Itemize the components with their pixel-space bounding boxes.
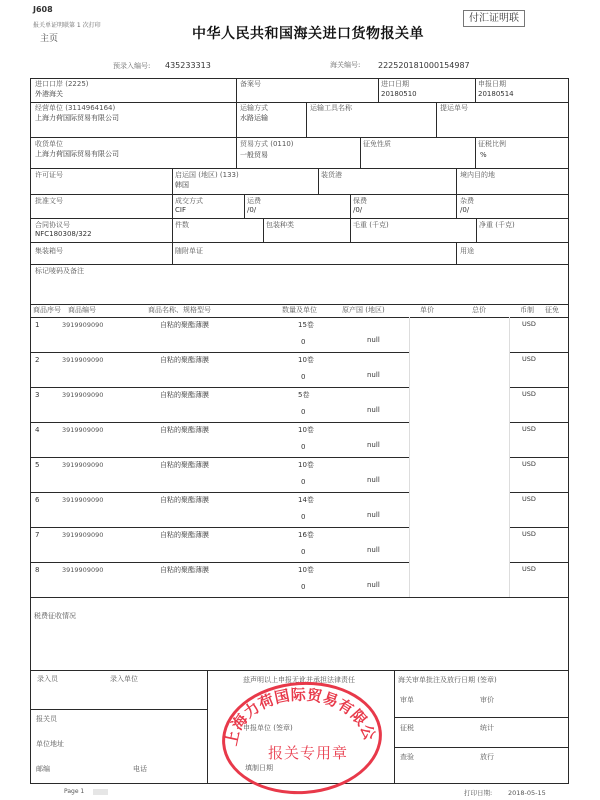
row-qty: 10卷 [298, 462, 314, 470]
row-qty-secondary: 0 [301, 549, 305, 557]
row-qty: 10卷 [298, 567, 314, 575]
origin-country-value: 韩国 [175, 182, 189, 190]
customs-number: 222520181000154987 [378, 62, 470, 71]
row-origin: null [367, 512, 380, 520]
row-seq: 4 [35, 427, 39, 435]
print-date: 2018-05-15 [508, 790, 546, 797]
contract-value: NFC180308/322 [35, 231, 92, 239]
row-name: 自粘的聚酯薄膜 [160, 392, 209, 400]
phone-label: 电话 [133, 766, 147, 774]
row-currency: USD [522, 566, 536, 573]
import-port-value: 外港海关 [35, 91, 63, 99]
insurance-label: 保费 [353, 198, 367, 206]
copy-badge: 付汇证明联 [463, 10, 525, 27]
levy-ratio-label: 征税比例 [478, 141, 506, 149]
deal-mode-label: 成交方式 [175, 198, 203, 206]
row-name: 自粘的聚酯薄膜 [160, 427, 209, 435]
deal-mode-value: CIF [175, 207, 186, 215]
row-currency: USD [522, 461, 536, 468]
gross-weight-label: 毛重 (千克) [353, 222, 389, 230]
row-currency: USD [522, 391, 536, 398]
row-currency: USD [522, 531, 536, 538]
row-code: 3919909090 [62, 322, 103, 329]
operator-value: 上海力荷国际贸易有限公司 [35, 115, 119, 123]
row-origin: null [367, 477, 380, 485]
docs-label: 随附单证 [175, 248, 203, 256]
pre-entry-label: 预录入编号: [113, 63, 150, 71]
stamp-company-name: 上海力荷国际贸易有限公司 [215, 680, 379, 747]
insurance-value: /0/ [353, 207, 362, 215]
inspection-label: 查验 [400, 754, 414, 762]
price-review-label: 审价 [480, 697, 494, 705]
row-qty: 10卷 [298, 427, 314, 435]
row-origin: null [367, 337, 380, 345]
approval-label: 批准文号 [35, 198, 63, 206]
stamp-purpose: 报关专用章 [268, 745, 348, 762]
import-date-value: 20180510 [381, 91, 417, 99]
row-code: 3919909090 [62, 497, 103, 504]
pieces-label: 件数 [175, 222, 189, 230]
row-seq: 7 [35, 532, 39, 540]
print-copy-note: 报关单证明联第 1 次打印 [33, 23, 101, 30]
page-label: 主页 [40, 35, 58, 45]
row-qty: 5卷 [298, 392, 309, 400]
customs-no-label: 海关编号: [330, 62, 360, 70]
col-header-code: 商品编号 [68, 307, 96, 315]
row-code: 3919909090 [62, 532, 103, 539]
row-code: 3919909090 [62, 357, 103, 364]
levy-nature-label: 征免性质 [363, 141, 391, 149]
row-currency: USD [522, 426, 536, 433]
transport-mode-value: 水路运输 [240, 115, 268, 123]
row-seq: 6 [35, 497, 39, 505]
row-seq: 5 [35, 462, 39, 470]
net-weight-label: 净重 (千克) [479, 222, 515, 230]
review-label: 审单 [400, 697, 414, 705]
consignee-label: 收货单位 [35, 141, 63, 149]
origin-country-label: 启运国 (地区) (133) [175, 172, 239, 180]
row-currency: USD [522, 496, 536, 503]
page-title: 中华人民共和国海关进口货物报关单 [192, 27, 424, 42]
unit-address-label: 单位地址 [36, 741, 64, 749]
container-label: 集装箱号 [35, 248, 63, 256]
row-origin: null [367, 442, 380, 450]
bill-no-label: 提运单号 [440, 105, 468, 113]
row-name: 自粘的聚酯薄膜 [160, 497, 209, 505]
row-origin: null [367, 547, 380, 555]
record-no-label: 备案号 [240, 81, 261, 89]
row-currency: USD [522, 356, 536, 363]
import-port-label: 进口口岸 (2225) [35, 81, 89, 89]
print-date-label: 打印日期: [464, 790, 492, 797]
row-code: 3919909090 [62, 462, 103, 469]
loading-port-label: 装货港 [321, 172, 342, 180]
package-label: 包装种类 [266, 222, 294, 230]
row-seq: 8 [35, 567, 39, 575]
row-seq: 1 [35, 322, 39, 330]
misc-value: /0/ [460, 207, 469, 215]
row-qty: 16卷 [298, 532, 314, 540]
row-qty-secondary: 0 [301, 444, 305, 452]
row-name: 自粘的聚酯薄膜 [160, 322, 209, 330]
trade-mode-label: 贸易方式 (0110) [240, 141, 294, 149]
row-name: 自粘的聚酯薄膜 [160, 567, 209, 575]
contract-label: 合同协议号 [35, 222, 70, 230]
marks-label: 标记唛码及备注 [35, 268, 84, 276]
entry-unit-label: 录入单位 [110, 676, 138, 684]
tax-levy-label: 征税 [400, 725, 414, 733]
transport-tool-label: 运输工具名称 [310, 105, 352, 113]
row-origin: null [367, 372, 380, 380]
consignee-value: 上海力荷国际贸易有限公司 [35, 151, 119, 159]
misc-label: 杂费 [460, 198, 474, 206]
col-header-total: 总价 [472, 307, 486, 315]
row-qty-secondary: 0 [301, 409, 305, 417]
declare-date-label: 申报日期 [478, 81, 506, 89]
redacted-block [93, 789, 108, 795]
row-name: 自粘的聚酯薄膜 [160, 357, 209, 365]
freight-label: 运费 [247, 198, 261, 206]
release-label: 放行 [480, 754, 494, 762]
row-qty: 15卷 [298, 322, 314, 330]
postcode-label: 邮编 [36, 766, 50, 774]
tax-label: 税费征收情况 [34, 613, 76, 621]
row-code: 3919909090 [62, 567, 103, 574]
statistics-label: 统计 [480, 725, 494, 733]
customs-approval-label: 海关审单批注及放行日期 (签章) [398, 677, 497, 685]
page-number: Page 1 [64, 789, 84, 796]
pre-entry-number: 435233313 [165, 62, 211, 71]
declarant-label: 报关员 [36, 716, 57, 724]
row-qty-secondary: 0 [301, 584, 305, 592]
row-origin: null [367, 582, 380, 590]
usage-label: 用途 [460, 248, 474, 256]
row-code: 3919909090 [62, 392, 103, 399]
license-label: 许可证号 [35, 172, 63, 180]
operator-label: 经营单位 (3114964164) [35, 105, 115, 113]
col-header-currency: 币制 [520, 307, 534, 315]
row-seq: 2 [35, 357, 39, 365]
col-header-qty: 数量及单位 [282, 307, 317, 315]
col-header-levy: 征免 [545, 307, 559, 315]
row-qty-secondary: 0 [301, 339, 305, 347]
row-qty: 14卷 [298, 497, 314, 505]
row-qty-secondary: 0 [301, 479, 305, 487]
levy-ratio-value: % [480, 152, 487, 160]
row-seq: 3 [35, 392, 39, 400]
row-qty-secondary: 0 [301, 374, 305, 382]
transport-mode-label: 运输方式 [240, 105, 268, 113]
svg-text:上海力荷国际贸易有限公司: 上海力荷国际贸易有限公司 [215, 680, 379, 747]
col-header-name: 商品名称、规格型号 [148, 307, 211, 315]
row-code: 3919909090 [62, 427, 103, 434]
row-qty-secondary: 0 [301, 514, 305, 522]
freight-value: /0/ [247, 207, 256, 215]
row-currency: USD [522, 321, 536, 328]
form-code: J608 [33, 6, 53, 15]
row-name: 自粘的聚酯薄膜 [160, 532, 209, 540]
row-name: 自粘的聚酯薄膜 [160, 462, 209, 470]
row-origin: null [367, 407, 380, 415]
declare-date-value: 20180514 [478, 91, 514, 99]
import-date-label: 进口日期 [381, 81, 409, 89]
destination-label: 境内目的地 [460, 172, 495, 180]
row-qty: 10卷 [298, 357, 314, 365]
trade-mode-value: 一般贸易 [240, 152, 268, 160]
entry-clerk-label: 录入员 [37, 676, 58, 684]
col-header-origin: 原产国 (地区) [342, 307, 385, 315]
col-header-unit-price: 单价 [420, 307, 434, 315]
col-header-seq: 商品序号 [33, 307, 61, 315]
